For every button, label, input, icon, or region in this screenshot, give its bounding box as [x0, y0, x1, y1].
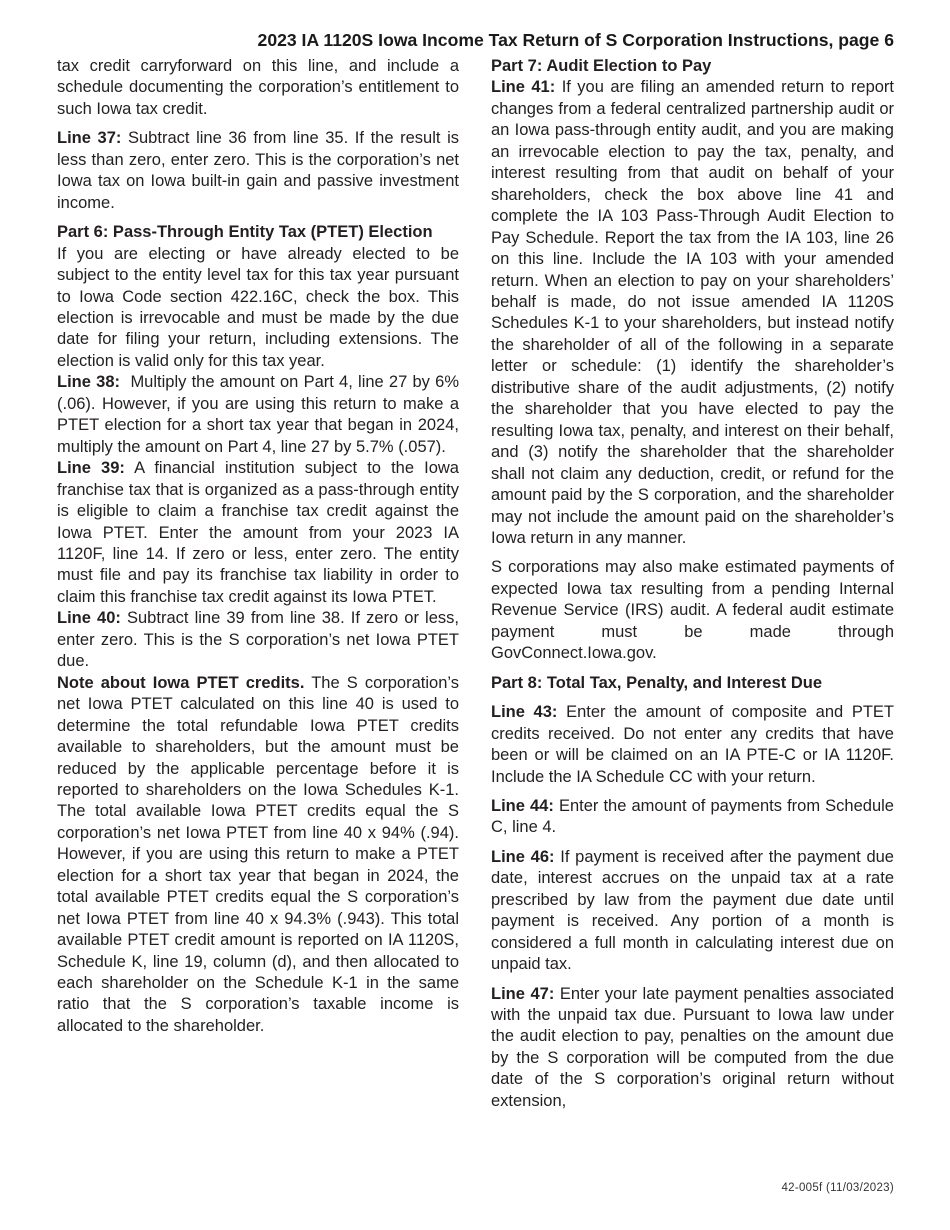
line-47-label: Line 47: [491, 985, 554, 1003]
right-column: Part 7: Audit Election to Pay Line 41: I… [491, 56, 894, 1112]
left-column: tax credit carryforward on this line, an… [57, 56, 459, 1037]
line-40-label: Line 40: [57, 609, 121, 627]
line-44-paragraph: Line 44: Enter the amount of payments fr… [491, 796, 894, 839]
part-6-intro: If you are electing or have already elec… [57, 244, 459, 373]
line-39-text: A financial institution subject to the I… [57, 459, 459, 606]
line-41-text: If you are filing an amended return to r… [491, 78, 894, 547]
form-code: 42-005f (11/03/2023) [781, 1181, 894, 1195]
part-7-heading: Part 7: Audit Election to Pay [491, 56, 894, 77]
line-37-paragraph: Line 37: Subtract line 36 from line 35. … [57, 128, 459, 214]
estimated-payments-paragraph: S corporations may also make estimated p… [491, 557, 894, 664]
line-38-paragraph: Line 38: Multiply the amount on Part 4, … [57, 372, 459, 458]
ptet-note-paragraph: Note about Iowa PTET credits. The S corp… [57, 673, 459, 1038]
part-8-heading: Part 8: Total Tax, Penalty, and Interest… [491, 673, 894, 694]
line-40-paragraph: Line 40: Subtract line 39 from line 38. … [57, 608, 459, 672]
line-41-label: Line 41: [491, 78, 555, 96]
line-47-text: Enter your late payment penalties associ… [491, 985, 894, 1110]
part-6-heading: Part 6: Pass-Through Entity Tax (PTET) E… [57, 222, 459, 243]
line-46-label: Line 46: [491, 848, 555, 866]
line-38-label: Line 38: [57, 373, 120, 391]
line-46-text: If payment is received after the payment… [491, 848, 894, 973]
line-41-paragraph: Line 41: If you are filing an amended re… [491, 77, 894, 549]
line-39-label: Line 39: [57, 459, 125, 477]
line-37-label: Line 37: [57, 129, 121, 147]
line-43-label: Line 43: [491, 703, 557, 721]
line-46-paragraph: Line 46: If payment is received after th… [491, 847, 894, 976]
page-title: 2023 IA 1120S Iowa Income Tax Return of … [258, 29, 894, 51]
line-44-label: Line 44: [491, 797, 554, 815]
continuation-paragraph: tax credit carryforward on this line, an… [57, 56, 459, 120]
ptet-note-text: The S corporation’s net Iowa PTET calcul… [57, 674, 459, 1035]
line-39-paragraph: Line 39: A financial institution subject… [57, 458, 459, 608]
line-43-paragraph: Line 43: Enter the amount of composite a… [491, 702, 894, 788]
line-47-paragraph: Line 47: Enter your late payment penalti… [491, 984, 894, 1113]
ptet-note-label: Note about Iowa PTET credits. [57, 674, 304, 692]
